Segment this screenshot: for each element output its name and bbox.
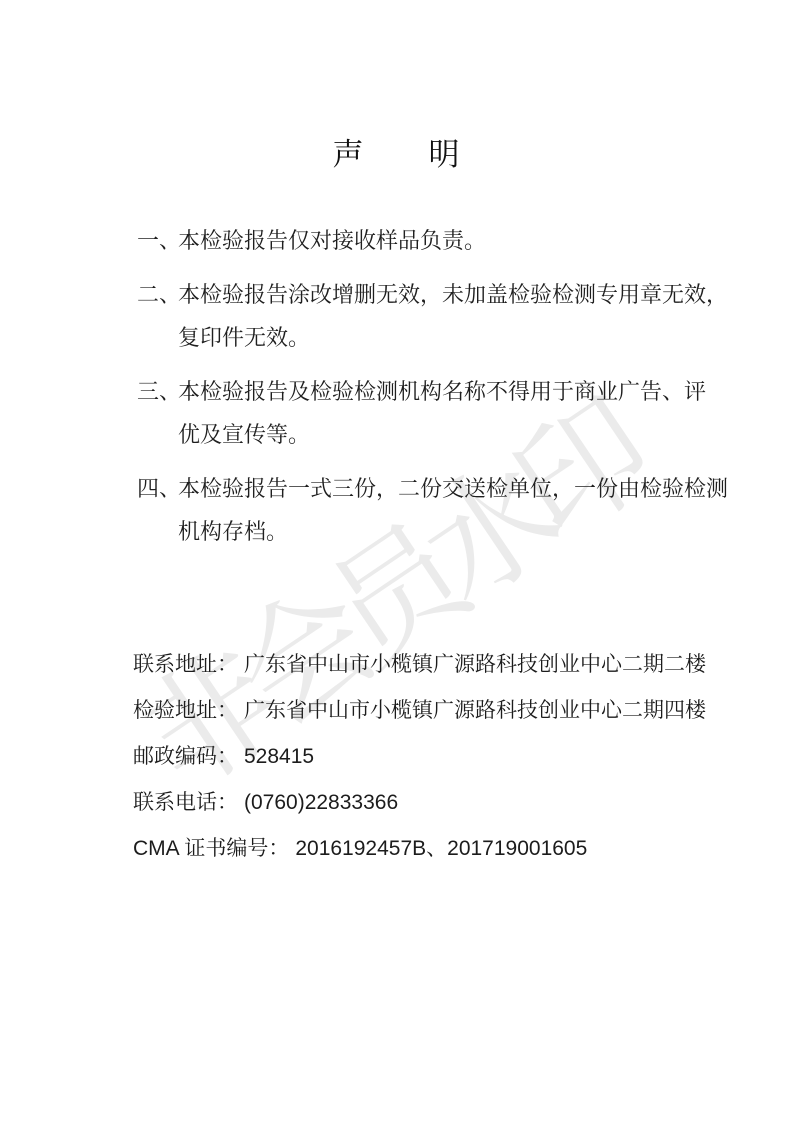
contact-line-cma: CMA 证书编号：2016192457B、201719001605 xyxy=(133,826,706,872)
contact-info: 联系地址：广东省中山市小榄镇广源路科技创业中心二期二楼 检验地址：广东省中山市小… xyxy=(133,642,706,872)
statement-item-2: 二、 本检验报告涂改增删无效，未加盖检验检测专用章无效， 复印件无效。 xyxy=(137,273,687,360)
item-text: 本检验报告仅对接收样品负责。 xyxy=(178,219,687,263)
item-number: 二、 xyxy=(137,273,181,317)
item-number: 一、 xyxy=(137,219,181,263)
contact-value: (0760)22833366 xyxy=(244,791,398,814)
item-line: 优及宣传等。 xyxy=(178,413,687,457)
item-number: 三、 xyxy=(137,370,181,414)
item-text: 本检验报告一式三份，二份交送检单位，一份由检验检测 机构存档。 xyxy=(178,467,687,554)
contact-line-address: 联系地址：广东省中山市小榄镇广源路科技创业中心二期二楼 xyxy=(133,642,706,688)
page-title: 声 明 xyxy=(0,139,793,171)
contact-value: 528415 xyxy=(244,745,314,768)
item-text: 本检验报告涂改增删无效，未加盖检验检测专用章无效， 复印件无效。 xyxy=(178,273,687,360)
declaration-page: 非会员水印 声 明 一、 本检验报告仅对接收样品负责。 二、 本检验报告涂改增删… xyxy=(0,0,793,1123)
contact-label: CMA 证书编号： xyxy=(133,837,289,860)
contact-line-postal-code: 邮政编码：528415 xyxy=(133,734,706,780)
contact-line-phone: 联系电话：(0760)22833366 xyxy=(133,780,706,826)
item-number: 四、 xyxy=(137,467,181,511)
item-line: 本检验报告涂改增删无效，未加盖检验检测专用章无效， xyxy=(178,273,687,317)
contact-label: 邮政编码： xyxy=(133,745,238,768)
statement-item-4: 四、 本检验报告一式三份，二份交送检单位，一份由检验检测 机构存档。 xyxy=(137,467,687,554)
item-line: 复印件无效。 xyxy=(178,316,687,360)
item-line: 本检验报告仅对接收样品负责。 xyxy=(178,219,687,263)
contact-label: 联系地址： xyxy=(133,653,238,676)
statement-item-3: 三、 本检验报告及检验检测机构名称不得用于商业广告、评 优及宣传等。 xyxy=(137,370,687,457)
contact-value: 广东省中山市小榄镇广源路科技创业中心二期四楼 xyxy=(244,699,706,722)
contact-label: 联系电话： xyxy=(133,791,238,814)
statement-list: 一、 本检验报告仅对接收样品负责。 二、 本检验报告涂改增删无效，未加盖检验检测… xyxy=(137,219,687,564)
contact-value: 广东省中山市小榄镇广源路科技创业中心二期二楼 xyxy=(244,653,706,676)
item-line: 本检验报告一式三份，二份交送检单位，一份由检验检测 xyxy=(178,467,687,511)
contact-value: 2016192457B、201719001605 xyxy=(295,837,587,860)
statement-item-1: 一、 本检验报告仅对接收样品负责。 xyxy=(137,219,687,263)
item-text: 本检验报告及检验检测机构名称不得用于商业广告、评 优及宣传等。 xyxy=(178,370,687,457)
contact-line-inspection-address: 检验地址：广东省中山市小榄镇广源路科技创业中心二期四楼 xyxy=(133,688,706,734)
item-line: 机构存档。 xyxy=(178,510,687,554)
contact-label: 检验地址： xyxy=(133,699,238,722)
item-line: 本检验报告及检验检测机构名称不得用于商业广告、评 xyxy=(178,370,687,414)
